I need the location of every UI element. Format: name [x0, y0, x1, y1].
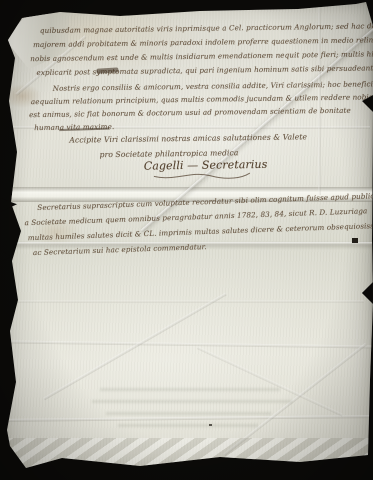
manuscript-line: aequalium relationum principium, quas mu…: [31, 92, 373, 106]
handwritten-text-layer: quibusdam magnae autoritatis viris inpri…: [0, 0, 373, 480]
closing-society-line: pro Societate philantropica medica: [100, 148, 239, 159]
postscript-line: ac Secretarium sui hac epistola commenda…: [33, 242, 207, 257]
ink-speck: [148, 7, 153, 10]
manuscript-line: est animus, sic fiat bonorum & doctorum …: [29, 106, 351, 119]
signature: Cagelli — Secretarius: [144, 158, 268, 173]
manuscript-line: majorem addi probitatem & minoris parado…: [33, 35, 373, 49]
postscript-line: Secretarius suprascriptus cum voluptate …: [37, 191, 373, 212]
manuscript-photo: quibusdam magnae autoritatis viris inpri…: [0, 0, 373, 480]
manuscript-line: explicarit post symptomata supradicta, q…: [36, 63, 373, 77]
postscript-line: a Societate medicum quem omnibus peragra…: [24, 206, 367, 227]
postscript-line: multas humiles salutes dicit & CL. impri…: [28, 220, 373, 242]
ink-smudge-strikeout: [96, 67, 118, 73]
manuscript-line: quibusdam magnae autoritatis viris inpri…: [40, 21, 373, 35]
signature-flourish: [152, 169, 252, 180]
manuscript-line: Nostris ergo consiliis & amicorum, vestr…: [53, 79, 373, 93]
letter-paper: quibusdam magnae autoritatis viris inpri…: [0, 0, 373, 480]
closing-salutation: Accipite Viri clarissimi nostras amicas …: [69, 132, 307, 144]
manuscript-line: humana vita maxime.: [34, 122, 114, 132]
torn-edge-notch: [0, 250, 11, 262]
manuscript-line: nobis agnoscendum est unde & multis insi…: [30, 49, 373, 63]
ink-smudge-strikeout: [59, 128, 109, 131]
